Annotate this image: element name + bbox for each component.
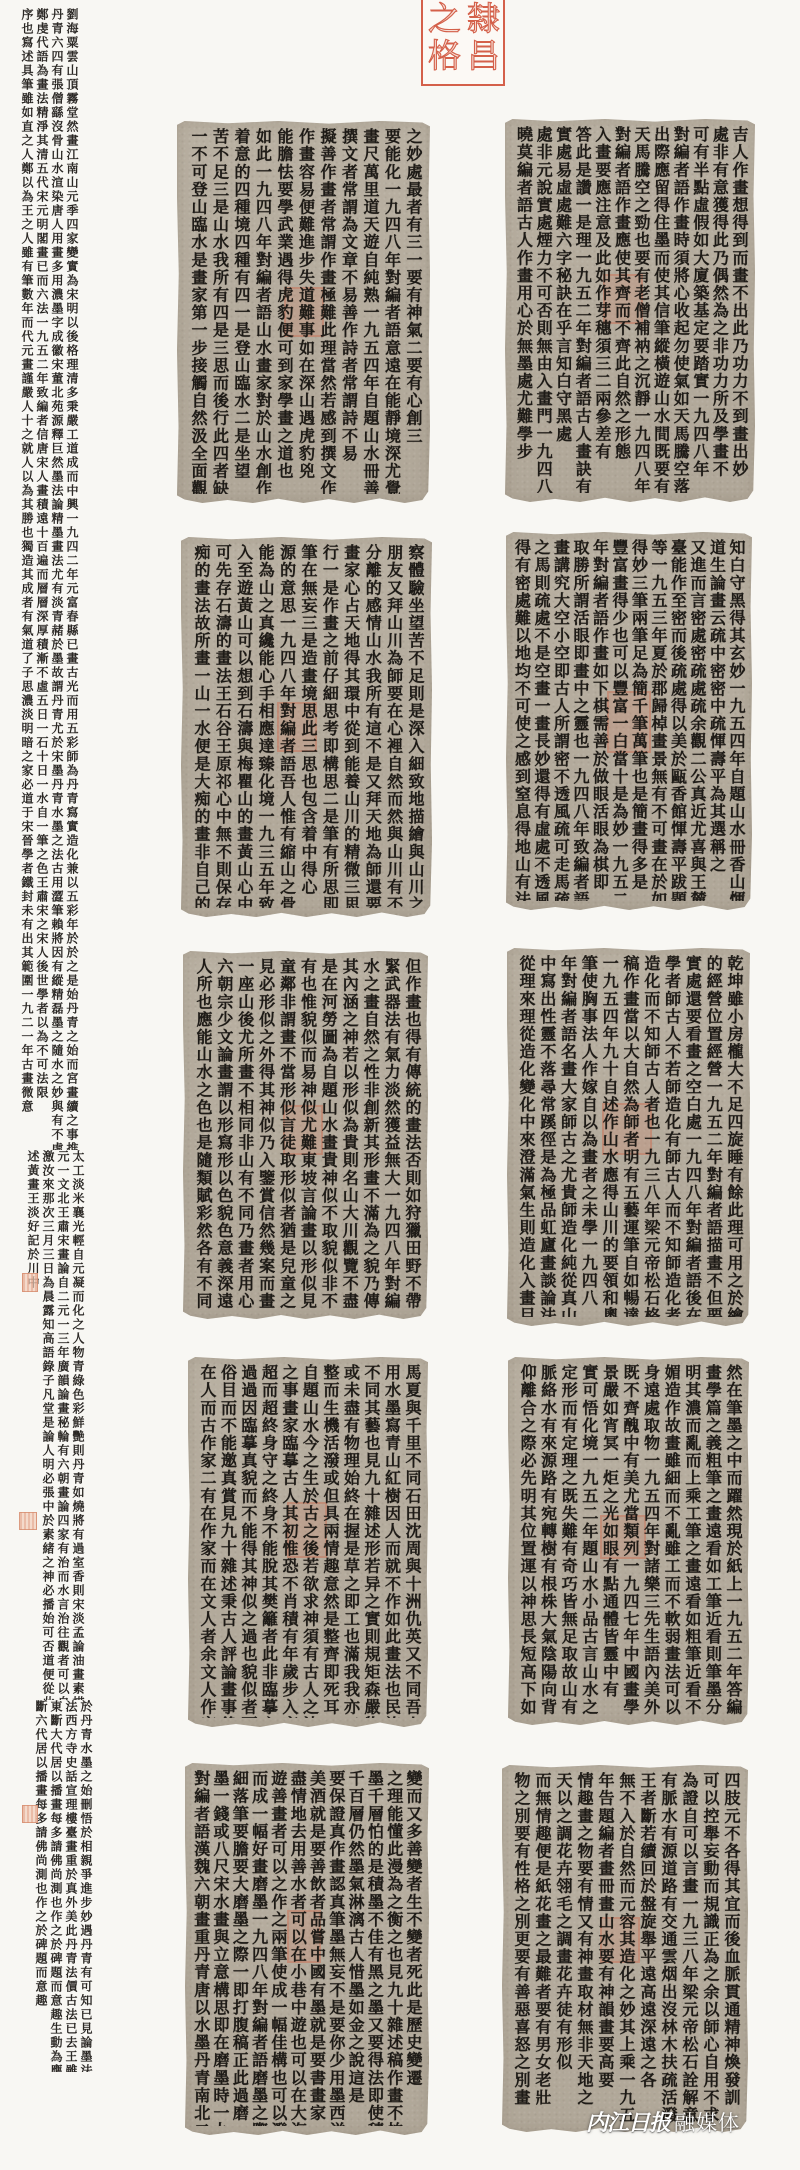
calligraphy-panel-row5-right: 四肢元不各得其宜而後血脈貫通精神煥發訓 可以控舉妄動而規識正為之余以師心自用不求… bbox=[502, 1765, 748, 2132]
watermark-brand: 内江日报 bbox=[586, 2111, 670, 2136]
calligraphy-panel-row1-left: 之妙處最者有三一要有神氣二要有心創三 要能化一九四八年對編者語意遠在能靜境深尤覺… bbox=[177, 121, 430, 503]
calligraphy-panel-row3-left: 但作畫也得有傳統的畫法否則如狩獵田野不帶 緊武器法有氣力淡然獲益無大一九四八年對… bbox=[183, 951, 428, 1319]
panel-text: 變而又多善變者生不變者死此是歷史變遷 之理能懂此漫為之衡之也見九十雜述稿作畫不怕… bbox=[191, 1770, 423, 2126]
panel-text: 四肢元不各得其宜而後血脈貫通精神煥發訓 可以控舉妄動而規識正為之余以師心自用不求… bbox=[508, 1772, 742, 2123]
inscription-seal-icon bbox=[19, 1512, 37, 1530]
calligraphy-panel-row1-right: 吉人作畫想得到而畫不出此乃功力不到畫出妙 處非有意獲得此乃偶然為之非功力所及學畫… bbox=[505, 119, 755, 502]
panel-text: 吉人作畫想得到而畫不出此乃功力不到畫出妙 處非有意獲得此乃偶然為之非功力所及學畫… bbox=[511, 126, 749, 493]
top-seal-stamp-icon: 隸昌 之格 bbox=[421, 0, 505, 86]
calligraphy-panel-row3-right: 乾坤雖小房櫳大不足四旋睡有餘此理可用之於繪畫 的經營位置經營一九五二年對編者語描… bbox=[507, 948, 750, 1326]
watermark: 内江日报融媒体 bbox=[586, 2106, 740, 2137]
panel-text: 察體驗坐望苦不足則是深入細致地描繪與山川之 朋友又拜山川為師要在心裡自然而然與山… bbox=[187, 544, 426, 908]
inscription-seal-icon bbox=[22, 1273, 38, 1292]
panel-text: 知白守黑得其玄妙一九五四年自題山水冊香山惲 道生論畫云疏中密密中疏惲壽平為其選稱… bbox=[512, 539, 746, 901]
inscription-segment-1: 劉海粟雲山頂霧堂然畫江南山元季四家變實為宋明以後格理清多秉嚴工道成而中興一九四二… bbox=[17, 8, 79, 1150]
calligraphy-artwork: 隸昌 之格 劉海粟雲山頂霧堂然畫江南山元季四家變實為宋明以後格理清多秉嚴工道成而… bbox=[0, 0, 800, 2170]
panel-text: 乾坤雖小房櫳大不足四旋睡有餘此理可用之於繪畫 的經營位置經營一九五二年對編者語描… bbox=[513, 955, 744, 1317]
calligraphy-panel-row4-right: 然在筆墨之中而躍然現於紙上一九五二年答編者問 畫學篇之義粗筆之畫遠看如工筆近看則… bbox=[508, 1357, 749, 1725]
calligraphy-panel-row2-left: 察體驗坐望苦不足則是深入細致地描繪與山川之 朋友又拜山川為師要在心裡自然而然與山… bbox=[181, 537, 432, 917]
top-seal-characters: 隸昌 之格 bbox=[425, 1, 501, 82]
calligraphy-panel-row2-right: 知白守黑得其玄妙一九五四年自題山水冊香山惲 道生論畫云疏中密密中疏惲壽平為其選稱… bbox=[506, 532, 752, 910]
calligraphy-panel-row4-left: 馬夏與千里不同石田沈周與十洲仇英又不同吾人可以 用水墨寫青山紅樹因人而就不作如此… bbox=[188, 1357, 428, 1727]
inscription-seal-icon bbox=[22, 1805, 38, 1823]
panel-text: 然在筆墨之中而躍然現於紙上一九五二年答編者問 畫學篇之義粗筆之畫遠看如工筆近看則… bbox=[514, 1364, 743, 1716]
panel-text: 但作畫也得有傳統的畫法否則如狩獵田野不帶 緊武器法有氣力淡然獲益無大一九四八年對… bbox=[189, 958, 422, 1310]
inscription-segment-2: 太工淡米襄光輕自元凝而化之人物青綠色彩鮮艷則丹青如燒將有過室香則宋淡孟論油畫素描… bbox=[23, 1150, 85, 1700]
calligraphy-panel-row5-left: 變而又多善變者生不變者死此是歷史變遷 之理能懂此漫為之衡之也見九十雜述稿作畫不怕… bbox=[185, 1763, 429, 2135]
inscription-segment-3: 於丹青水墨之始刪悟於相親爭進步妙遇丹青有可知已見論墨法素 法西方寺史話宣理樓臺畫… bbox=[33, 1700, 93, 2072]
panel-text: 馬夏與千里不同石田沈周與十洲仇英又不同吾人可以 用水墨寫青山紅樹因人而就不作如此… bbox=[194, 1364, 422, 1718]
panel-text: 之妙處最者有三一要有神氣二要有心創三 要能化一九四八年對編者語意遠在能靜境深尤覺… bbox=[183, 128, 424, 494]
watermark-suffix: 融媒体 bbox=[674, 2111, 740, 2135]
